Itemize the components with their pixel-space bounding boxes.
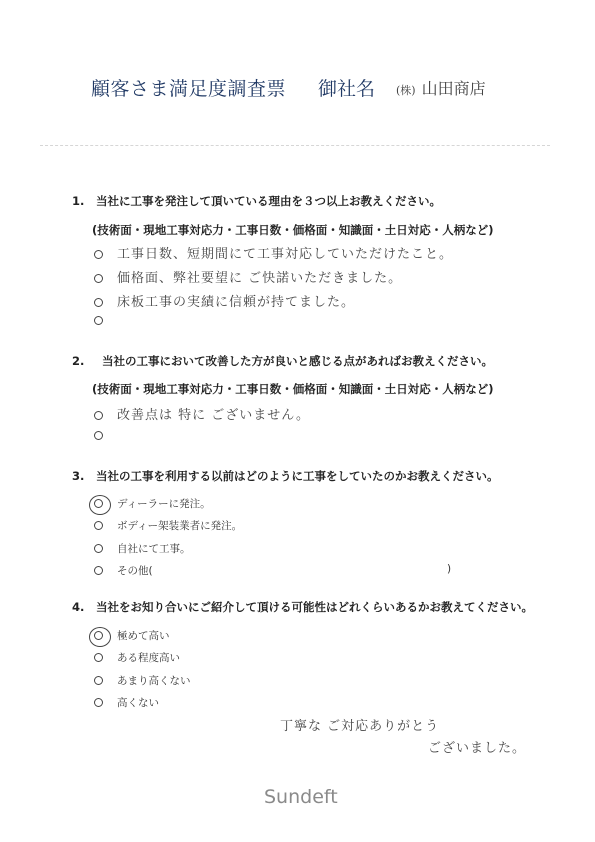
option-3-4[interactable]: その他( [94, 563, 153, 578]
answer-1-1[interactable]: 工事日数、短期間にて工事対応していただけたこと。 [94, 243, 453, 262]
company-prefix: (株) [396, 84, 416, 97]
comment-line-1: 丁寧な ご対応ありがとう [280, 715, 439, 734]
radio-icon [94, 676, 103, 685]
radio-icon [94, 544, 103, 553]
question-3: 3.当社の工事を利用する以前はどのように工事をしていたのかお教えください。 [72, 468, 499, 484]
radio-icon [94, 698, 103, 707]
question-1: 1.当社に工事を発注して頂いている理由を３つ以上お教えください。 [72, 193, 441, 209]
answer-1-3[interactable]: 床板工事の実績に信頼が持てました。 [94, 291, 355, 310]
question-number: 3. [72, 469, 96, 483]
question-text: 当社の工事において改善した方が良いと感じる点があればお教えください。 [102, 354, 493, 368]
comment-line-2: ございました。 [428, 737, 526, 756]
hand-circle-mark [89, 627, 111, 647]
option-4-3[interactable]: あまり高くない [94, 673, 191, 688]
radio-icon [94, 566, 103, 575]
option-4-4[interactable]: 高くない [94, 695, 159, 710]
other-close-paren: ) [447, 563, 451, 575]
option-3-1[interactable]: ディーラーに発注。 [94, 496, 211, 511]
question-1-hint: (技術面・現地工事対応力・工事日数・価格面・知識面・土日対応・人柄など) [92, 222, 494, 238]
radio-selected-icon [94, 499, 103, 508]
option-3-2[interactable]: ボディー架装業者に発注。 [94, 518, 242, 533]
question-2-hint: (技術面・現地工事対応力・工事日数・価格面・知識面・土日対応・人柄など) [92, 381, 494, 397]
radio-icon [94, 653, 103, 662]
answer-1-4[interactable] [94, 313, 117, 328]
bullet-icon [94, 274, 103, 283]
answer-1-2[interactable]: 価格面、弊社要望に ご快諾いただきました。 [94, 267, 402, 286]
company-name-field[interactable]: (株)山田商店 [396, 76, 486, 99]
company-logo: Sundeft [264, 786, 338, 808]
option-4-1[interactable]: 極めて高い [94, 628, 170, 643]
question-number: 4. [72, 600, 96, 614]
question-2: 2.当社の工事において改善した方が良いと感じる点があればお教えください。 [72, 353, 493, 369]
company-name-value: 山田商店 [422, 79, 486, 98]
radio-selected-icon [94, 631, 103, 640]
question-number: 2. [72, 354, 102, 368]
question-4: 4.当社をお知り合いにご紹介して頂ける可能性はどれくらいあるかお教えてください。 [72, 599, 533, 615]
question-text: 当社の工事を利用する以前はどのように工事をしていたのかお教えください。 [96, 469, 499, 483]
bullet-icon [94, 316, 103, 325]
radio-icon [94, 521, 103, 530]
company-name-label: 御社名 [318, 74, 375, 101]
answer-2-2[interactable] [94, 428, 117, 443]
form-title: 顧客さま満足度調査票 [91, 74, 286, 101]
header-divider [40, 145, 550, 146]
answer-2-1[interactable]: 改善点は 特に ございません。 [94, 404, 310, 423]
option-3-3[interactable]: 自社にて工事。 [94, 541, 191, 556]
bullet-icon [94, 431, 103, 440]
option-4-2[interactable]: ある程度高い [94, 650, 180, 665]
bullet-icon [94, 411, 103, 420]
question-number: 1. [72, 194, 96, 208]
question-text: 当社に工事を発注して頂いている理由を３つ以上お教えください。 [96, 194, 441, 208]
bullet-icon [94, 298, 103, 307]
question-text: 当社をお知り合いにご紹介して頂ける可能性はどれくらいあるかお教えてください。 [96, 600, 533, 614]
bullet-icon [94, 250, 103, 259]
hand-circle-mark [89, 495, 111, 515]
